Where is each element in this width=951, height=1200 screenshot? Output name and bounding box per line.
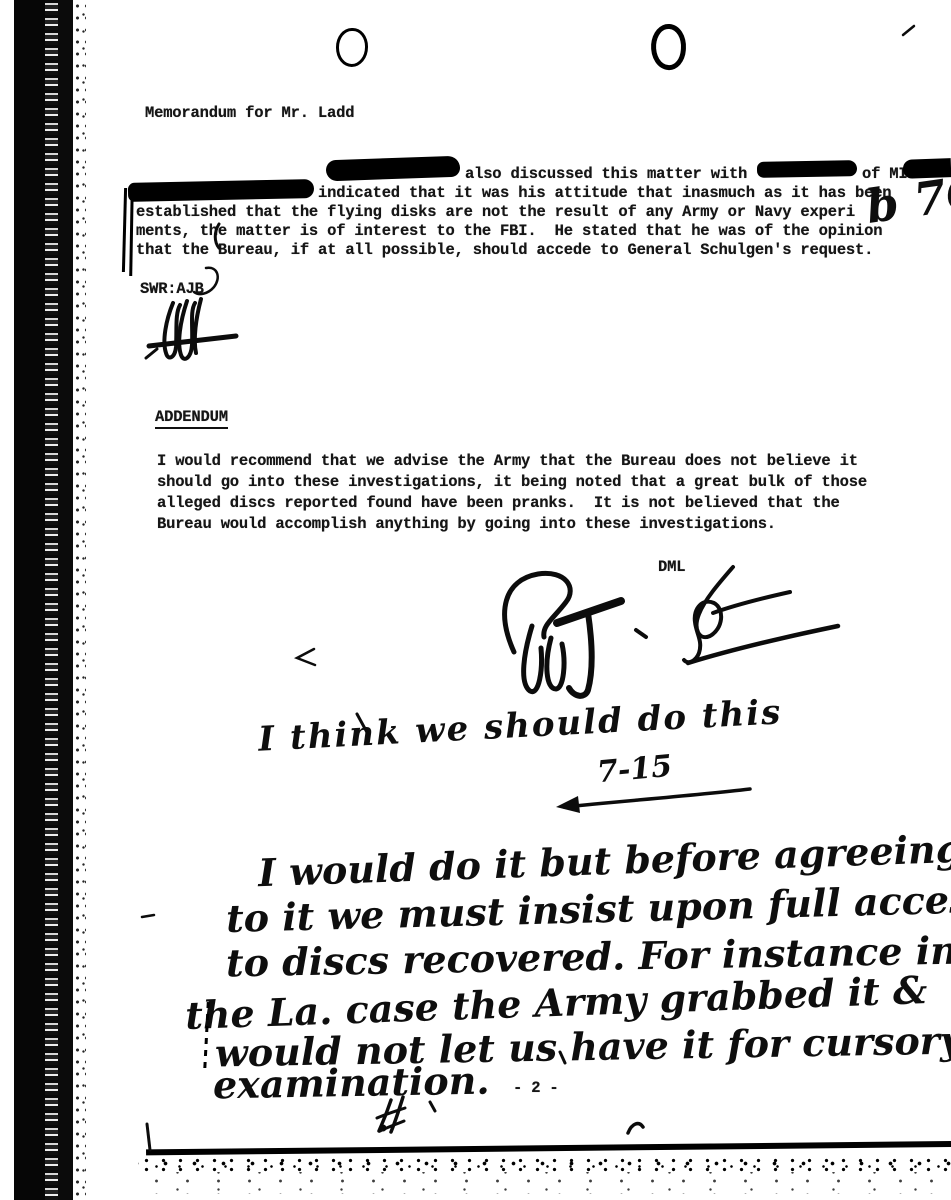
hoover-initial-stroke-3 bbox=[377, 1108, 405, 1118]
hoover-initial-blot bbox=[380, 1125, 387, 1132]
tamm-signature-loop-1 bbox=[524, 626, 542, 692]
tamm-signature-stem bbox=[569, 613, 592, 696]
arrow-head bbox=[556, 796, 580, 813]
pen-strokes-overlay bbox=[0, 0, 951, 1200]
scanned-memo-page: Memorandum for Mr. Ladd also discussed t… bbox=[0, 0, 951, 1200]
bottom-line-spike bbox=[147, 1124, 150, 1150]
angle-mark-stroke bbox=[297, 649, 315, 665]
signature-scribble-stroke-2 bbox=[179, 301, 195, 359]
dml-signature-diagonal bbox=[713, 592, 790, 613]
swr-loop-stroke bbox=[194, 268, 218, 294]
think-cross-stroke bbox=[357, 714, 369, 736]
comma-mark-stroke bbox=[430, 1102, 435, 1111]
tamm-signature-arc bbox=[505, 573, 571, 652]
dml-signature-loop bbox=[684, 567, 733, 662]
arrow-stroke bbox=[564, 789, 750, 807]
stray-tick-stroke bbox=[560, 1052, 565, 1063]
signature-scribble-tick bbox=[146, 349, 157, 358]
tamm-signature-loop-2 bbox=[547, 638, 564, 689]
bottom-mark-stroke bbox=[628, 1124, 643, 1133]
tamm-signature-dot bbox=[636, 630, 646, 637]
dml-signature-underline bbox=[688, 626, 838, 663]
signature-scribble-stroke-3 bbox=[195, 299, 201, 353]
ink-smudge-stroke bbox=[215, 224, 219, 248]
corner-tick-stroke bbox=[903, 26, 914, 35]
left-margin-dash bbox=[142, 915, 154, 917]
